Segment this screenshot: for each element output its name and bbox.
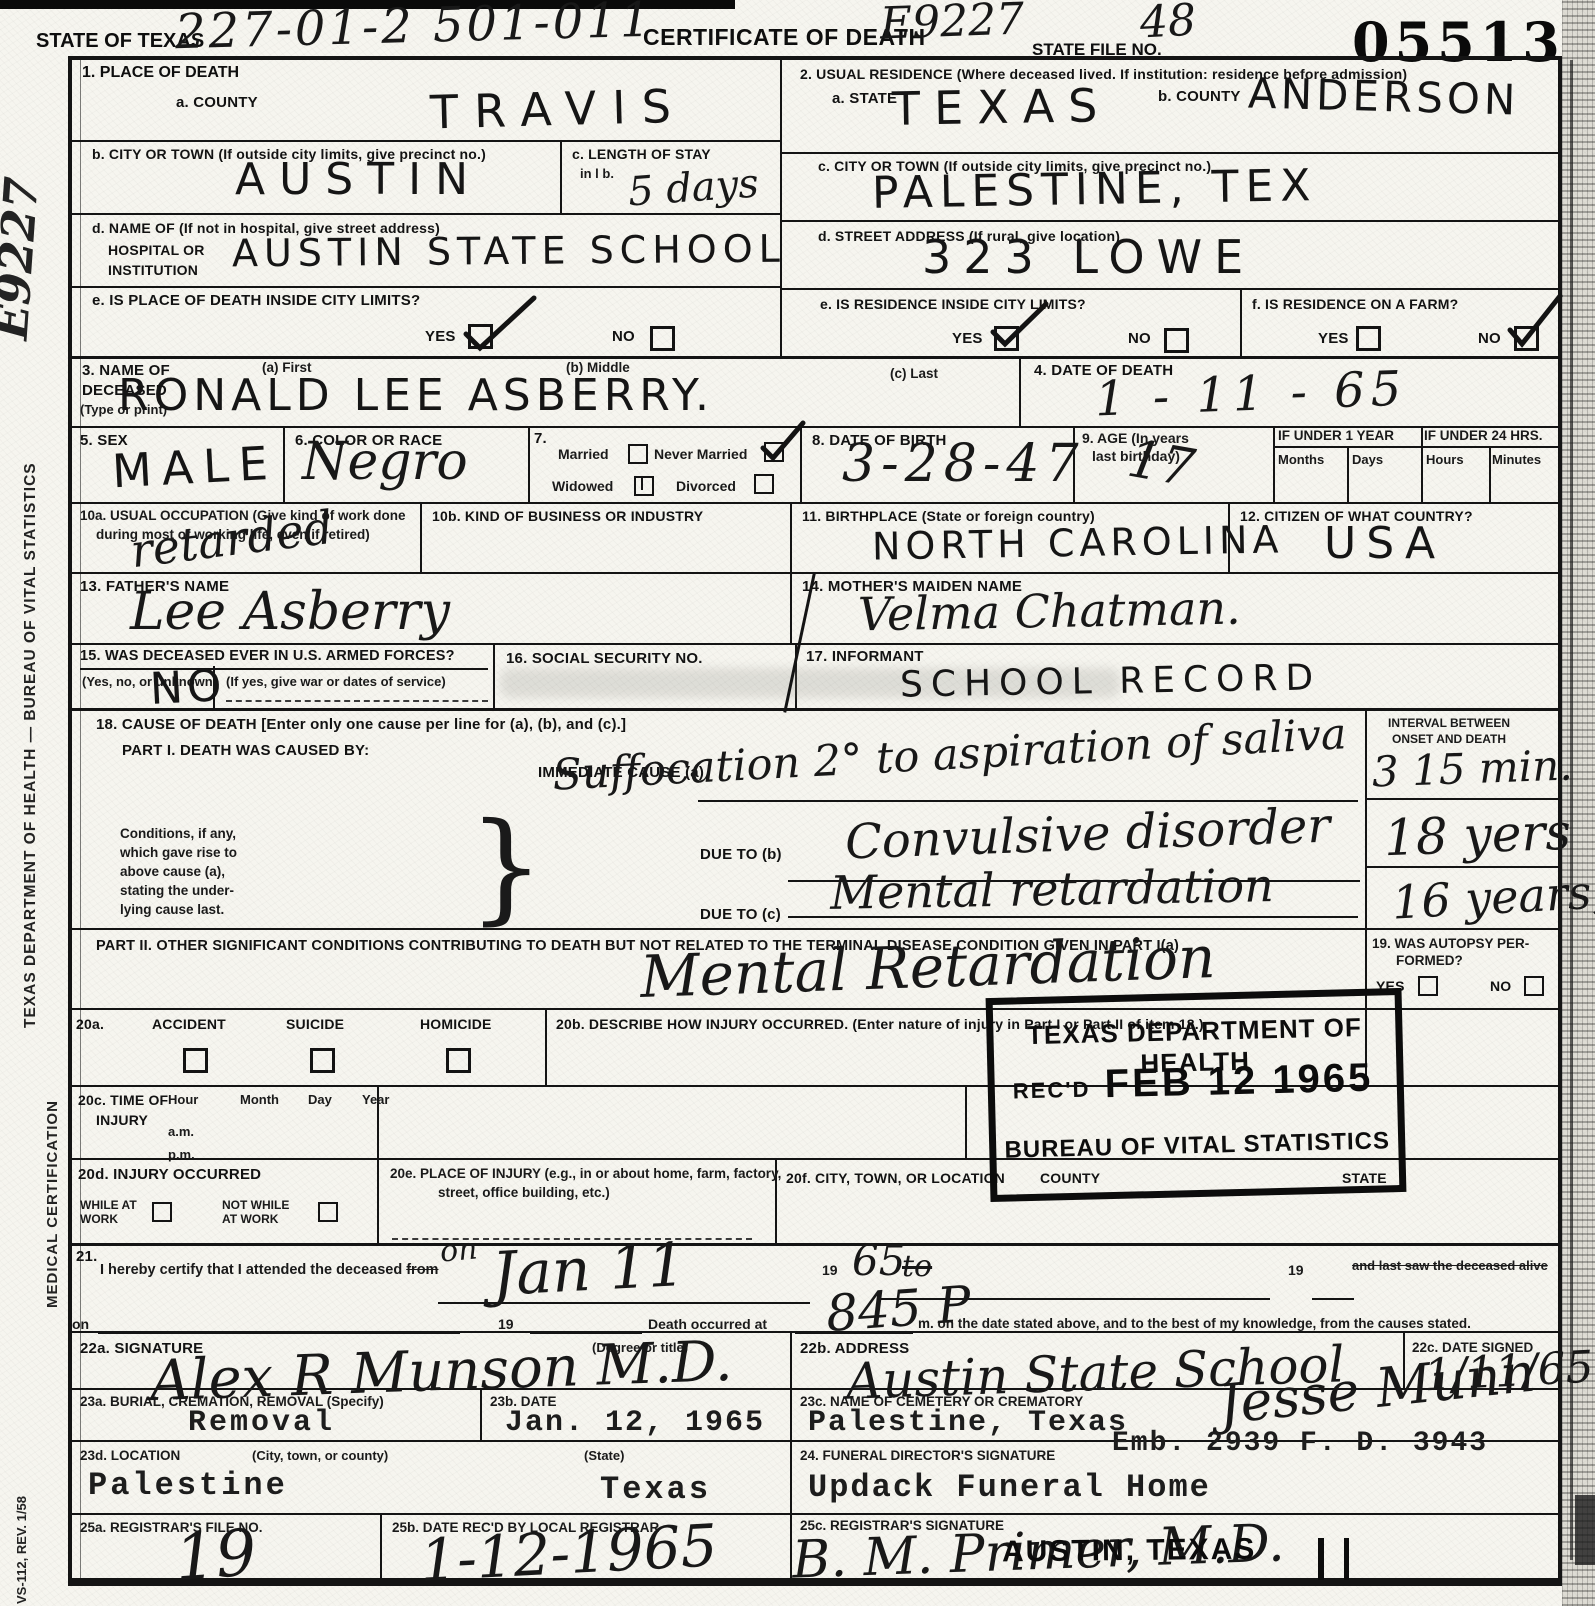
never-married-label: Never Married [654, 446, 747, 462]
not-while-label2: AT WORK [222, 1212, 278, 1226]
date-recd-value: 1-12-1965 [419, 1516, 719, 1589]
farm-label: f. IS RESIDENCE ON A FARM? [1252, 296, 1458, 312]
minutes-label: Minutes [1492, 452, 1541, 467]
death-limits-yes-label: YES [425, 328, 456, 345]
hospital-label3: INSTITUTION [108, 262, 198, 278]
autopsy-label1: 19. WAS AUTOPSY PER- [1372, 936, 1529, 951]
handwritten-on: on [439, 1234, 479, 1267]
place-of-injury-label1: 20e. PLACE OF INJURY (e.g., in or about … [390, 1166, 781, 1181]
homicide-checkbox [446, 1048, 471, 1073]
autopsy-no-checkbox [1524, 976, 1544, 996]
grid-line [780, 220, 1560, 222]
marital-status-label: 7. [534, 430, 547, 447]
injury-city-label: 20f. CITY, TOWN, OR LOCATION [786, 1170, 1005, 1186]
burial-date-value: Jan. 12, 1965 [505, 1408, 765, 1438]
year-label: Year [362, 1092, 389, 1107]
hospital-value: AUSTIN STATE SCHOOL [232, 230, 786, 273]
days-label: Days [1352, 452, 1383, 467]
while-at-work-checkbox [152, 1202, 172, 1222]
married-label: Married [558, 446, 609, 462]
handwritten-year-65: 65 [852, 1240, 905, 1282]
while-at-work-label2: WORK [80, 1212, 118, 1226]
divorced-label: Divorced [676, 478, 736, 494]
checkmark-icon [760, 420, 806, 462]
checkmark-icon [462, 294, 538, 352]
death-limits-no-label: NO [612, 328, 635, 345]
month-label: Month [240, 1092, 279, 1107]
residence-county-label: b. COUNTY [1158, 88, 1241, 105]
margin-medical-certification-text: MEDICAL CERTIFICATION [44, 946, 61, 1308]
residence-county-value: ANDERSON [1247, 72, 1519, 121]
line2-on: on [72, 1316, 89, 1332]
residence-state-value: TEXAS [892, 82, 1112, 132]
death-city-limits-label: e. IS PLACE OF DEATH INSIDE CITY LIMITS? [92, 292, 420, 309]
death-limits-no-checkbox [650, 326, 675, 351]
grid-line [1367, 798, 1558, 800]
funeral-director-label: 24. FUNERAL DIRECTOR'S SIGNATURE [800, 1448, 1055, 1463]
section21-num: 21. [76, 1248, 97, 1265]
blank-line [98, 1332, 460, 1334]
section1-title: 1. PLACE OF DEATH [82, 64, 239, 82]
location-city-value: Palestine [88, 1470, 288, 1502]
austin-texas-stamp: AUSTIN, TEXAS [1002, 1533, 1257, 1570]
brace-glyph: } [468, 808, 544, 928]
grid-line [1019, 356, 1021, 428]
length-of-stay-label: c. LENGTH OF STAY [572, 146, 711, 162]
informant-value: SCHOOL RECORD [900, 660, 1322, 703]
grid-line [493, 643, 495, 710]
hours-label: Hours [1426, 452, 1464, 467]
residence-city-value: PALESTINE, TEX [872, 164, 1318, 216]
grid-line [68, 140, 782, 142]
printed-19a: 19 [822, 1262, 838, 1278]
grid-line [1347, 446, 1349, 504]
conditions-note-line5: lying cause last. [120, 902, 224, 917]
informant-label: 17. INFORMANT [806, 648, 924, 665]
margin-dept-text: TEXAS DEPARTMENT OF HEALTH — BUREAU OF V… [22, 268, 40, 1028]
grid-line [68, 356, 1560, 359]
certify-text: I hereby certify that I attended the dec… [100, 1262, 438, 1278]
accident-checkbox [183, 1048, 208, 1073]
grid-line [1421, 426, 1423, 504]
injury-occurred-label: 20d. INJURY OCCURRED [78, 1166, 261, 1183]
if-under-24-hrs-label: IF UNDER 24 HRS. [1424, 428, 1543, 443]
hospital-label2: HOSPITAL OR [108, 242, 205, 258]
grid-line [790, 1331, 792, 1390]
handwritten-attended-date: Jan 11 [491, 1235, 688, 1305]
stamp-line3: BUREAU OF VITAL STATISTICS [996, 1127, 1399, 1165]
homicide-label: HOMICIDE [420, 1016, 492, 1032]
date-of-death-value: 1 - 11 - 65 [1094, 365, 1408, 424]
grid-line [1365, 708, 1367, 1010]
conditions-note-line3: above cause (a), [120, 864, 225, 879]
armed-forces-value: NO [149, 664, 227, 712]
grid-line [1273, 426, 1275, 504]
length-of-stay-value: 5 days [627, 163, 760, 212]
grid-line [528, 426, 530, 504]
funeral-home-value: Updack Funeral Home [808, 1472, 1211, 1504]
received-stamp: TEXAS DEPARTMENT OF HEALTH REC'D FEB 12 … [986, 988, 1407, 1202]
stamp-bar [1318, 1538, 1324, 1580]
conditions-note-line4: stating the under- [120, 883, 234, 898]
residence-state-label: a. STATE [832, 90, 897, 107]
accident-label: ACCIDENT [152, 1016, 226, 1032]
citizen-value: USA [1324, 522, 1445, 566]
divorced-checkbox [754, 474, 774, 494]
line2-rest: m. on the date stated above, and to the … [918, 1316, 1471, 1331]
farm-no-label: NO [1478, 330, 1501, 347]
place-of-injury-label2: street, office building, etc.) [438, 1185, 610, 1200]
not-while-checkbox [318, 1202, 338, 1222]
grid-line [420, 502, 422, 574]
birthplace-value: NORTH CAROLINA [872, 520, 1284, 565]
county-label: a. COUNTY [176, 94, 258, 111]
location-sub2: (State) [584, 1448, 624, 1463]
grid-line [780, 152, 1560, 154]
interval-label1: INTERVAL BETWEEN [1388, 716, 1510, 730]
grid-line [790, 1440, 792, 1515]
due-to-b-label: DUE TO (b) [700, 846, 782, 863]
autopsy-label2: FORMED? [1396, 953, 1463, 968]
suicide-label: SUICIDE [286, 1016, 344, 1032]
section20a-num: 20a. [76, 1016, 104, 1032]
handwritten-time-of-death: 845 P [824, 1279, 972, 1339]
while-at-work-label1: WHILE AT [80, 1198, 137, 1212]
handwritten-header-code: 227-01-2 501-011 [174, 0, 653, 56]
handwritten-file-number: E9227 [879, 0, 1025, 47]
grid-line [68, 1513, 1560, 1515]
grid-line [1273, 446, 1558, 448]
grid-line [68, 928, 1560, 930]
grid-line [965, 1085, 967, 1160]
mother-name-value: Velma Chatman. [858, 585, 1241, 638]
location-label: 23d. LOCATION [80, 1448, 180, 1463]
farm-yes-checkbox [1356, 326, 1381, 351]
if-under-1-year-label: IF UNDER 1 YEAR [1278, 428, 1394, 443]
hour-label: Hour [168, 1092, 198, 1107]
grid-line [68, 643, 1560, 645]
conditions-note-line2: which gave rise to [120, 845, 237, 860]
grid-line [790, 502, 792, 574]
printed-19b: 19 [1288, 1262, 1304, 1278]
certify-from-struck: from [406, 1262, 438, 1278]
grid-line [1489, 446, 1491, 504]
blank-line [1312, 1298, 1354, 1300]
handwritten-file-suffix: 48 [1139, 0, 1197, 45]
dashed-line [226, 700, 488, 702]
interval-b-value: 18 yers [1383, 807, 1572, 863]
grid-line [1240, 288, 1242, 358]
due-to-c-label: DUE TO (c) [700, 906, 781, 923]
due-to-b-value: Convulsive disorder [844, 802, 1331, 867]
physician-signature: Alex R Munson M.D. [149, 1334, 733, 1410]
armed-forces-sub2: (If yes, give war or dates of service) [226, 674, 446, 689]
conditions-note-line1: Conditions, if any, [120, 826, 236, 841]
scan-artifact-corner-blob [1575, 1495, 1595, 1565]
county-value: TRAVIS [429, 83, 687, 136]
margin-form-number: VS-112, REV. 1/58 [14, 1426, 29, 1604]
interval-c-value: 16 years, [1391, 868, 1595, 925]
stamp-recd: REC'D [1013, 1077, 1091, 1105]
armed-forces-label: 15. WAS DECEASED EVER IN U.S. ARMED FORC… [80, 648, 455, 664]
location-state-value: Texas [600, 1474, 711, 1506]
due-to-c-value: Mental retardation [830, 862, 1274, 916]
sex-value: MALE [111, 440, 279, 495]
married-checkbox [628, 444, 648, 464]
part1-label: PART I. DEATH WAS CAUSED BY: [122, 742, 369, 759]
not-while-label1: NOT WHILE [222, 1198, 289, 1212]
color-race-value: Negro [302, 436, 468, 488]
burial-removal-value: Removal [188, 1408, 335, 1438]
grid-line [790, 1388, 792, 1442]
grid-line [377, 1158, 379, 1245]
autopsy-no-label: NO [1490, 978, 1511, 994]
age-value: 17 [1124, 433, 1198, 496]
city-value: AUSTIN [235, 158, 482, 202]
certificate-number: 05513 [1352, 10, 1565, 74]
death-certificate-scan: E9227 TEXAS DEPARTMENT OF HEALTH — BUREA… [0, 0, 1595, 1606]
months-label: Months [1278, 452, 1324, 467]
time-of-injury-label1: 20c. TIME OF [78, 1092, 168, 1108]
grid-line [780, 288, 1560, 290]
residence-limits-yes-label: YES [952, 330, 983, 347]
last-name-label: (c) Last [890, 366, 938, 381]
cause-of-death-label: 18. CAUSE OF DEATH [Enter only one cause… [96, 716, 626, 733]
registrar-file-no-value: 19 [173, 1521, 259, 1591]
time-of-injury-label2: INJURY [96, 1112, 148, 1128]
embalmer-numbers: Emb. 2939 F. D. 3943 [1112, 1430, 1488, 1458]
checkmark-icon [990, 300, 1050, 348]
grid-line [560, 140, 562, 215]
father-name-value: Lee Asberry [130, 586, 450, 638]
autopsy-yes-checkbox [1418, 976, 1438, 996]
pm-label: p.m. [168, 1147, 195, 1162]
am-label: a.m. [168, 1124, 194, 1139]
grid-line [68, 1243, 1560, 1246]
grid-line [545, 1008, 547, 1087]
day-label: Day [308, 1092, 332, 1107]
grid-line [80, 668, 488, 670]
grid-line [68, 56, 1562, 60]
scan-artifact-edge-line [1570, 60, 1573, 1560]
date-of-birth-value: 3-28-47 [842, 438, 1085, 490]
grid-line [780, 56, 782, 358]
length-of-stay-sublabel: in l b. [580, 166, 614, 181]
line2-19: 19 [498, 1316, 514, 1332]
location-sub1: (City, town, or county) [252, 1448, 388, 1463]
checkmark-icon [1506, 292, 1564, 348]
grid-line [283, 426, 285, 504]
grid-line [68, 286, 782, 288]
certify-text-main: I hereby certify that I attended the dec… [100, 1262, 402, 1278]
stamp-bar [1344, 1538, 1349, 1580]
widowed-checkbox [634, 476, 654, 496]
stamp-date: FEB 12 1965 [1104, 1056, 1374, 1108]
business-industry-label: 10b. KIND OF BUSINESS OR INDUSTRY [432, 508, 703, 524]
cemetery-value: Palestine, Texas [808, 1408, 1128, 1438]
immediate-cause-value: Suffocation 2° to aspiration of saliva [551, 713, 1347, 798]
widowed-label: Widowed [552, 478, 613, 494]
residence-limits-no-checkbox [1164, 328, 1189, 353]
stray-mark [641, 478, 643, 490]
interval-a-value: 3 15 min. [1371, 745, 1573, 794]
deceased-name-value: RONALD LEE ASBERRY. [118, 374, 714, 418]
suicide-checkbox [310, 1048, 335, 1073]
farm-yes-label: YES [1318, 330, 1349, 347]
grid-line [380, 1513, 382, 1580]
ssn-label: 16. SOCIAL SECURITY NO. [506, 650, 703, 667]
grid-line [790, 572, 792, 645]
residence-limits-no-label: NO [1128, 330, 1151, 347]
grid-line [68, 213, 782, 215]
struck-phrase: and last saw the deceased alive [1352, 1258, 1548, 1273]
street-address-value: 323 LOWE [922, 234, 1255, 280]
